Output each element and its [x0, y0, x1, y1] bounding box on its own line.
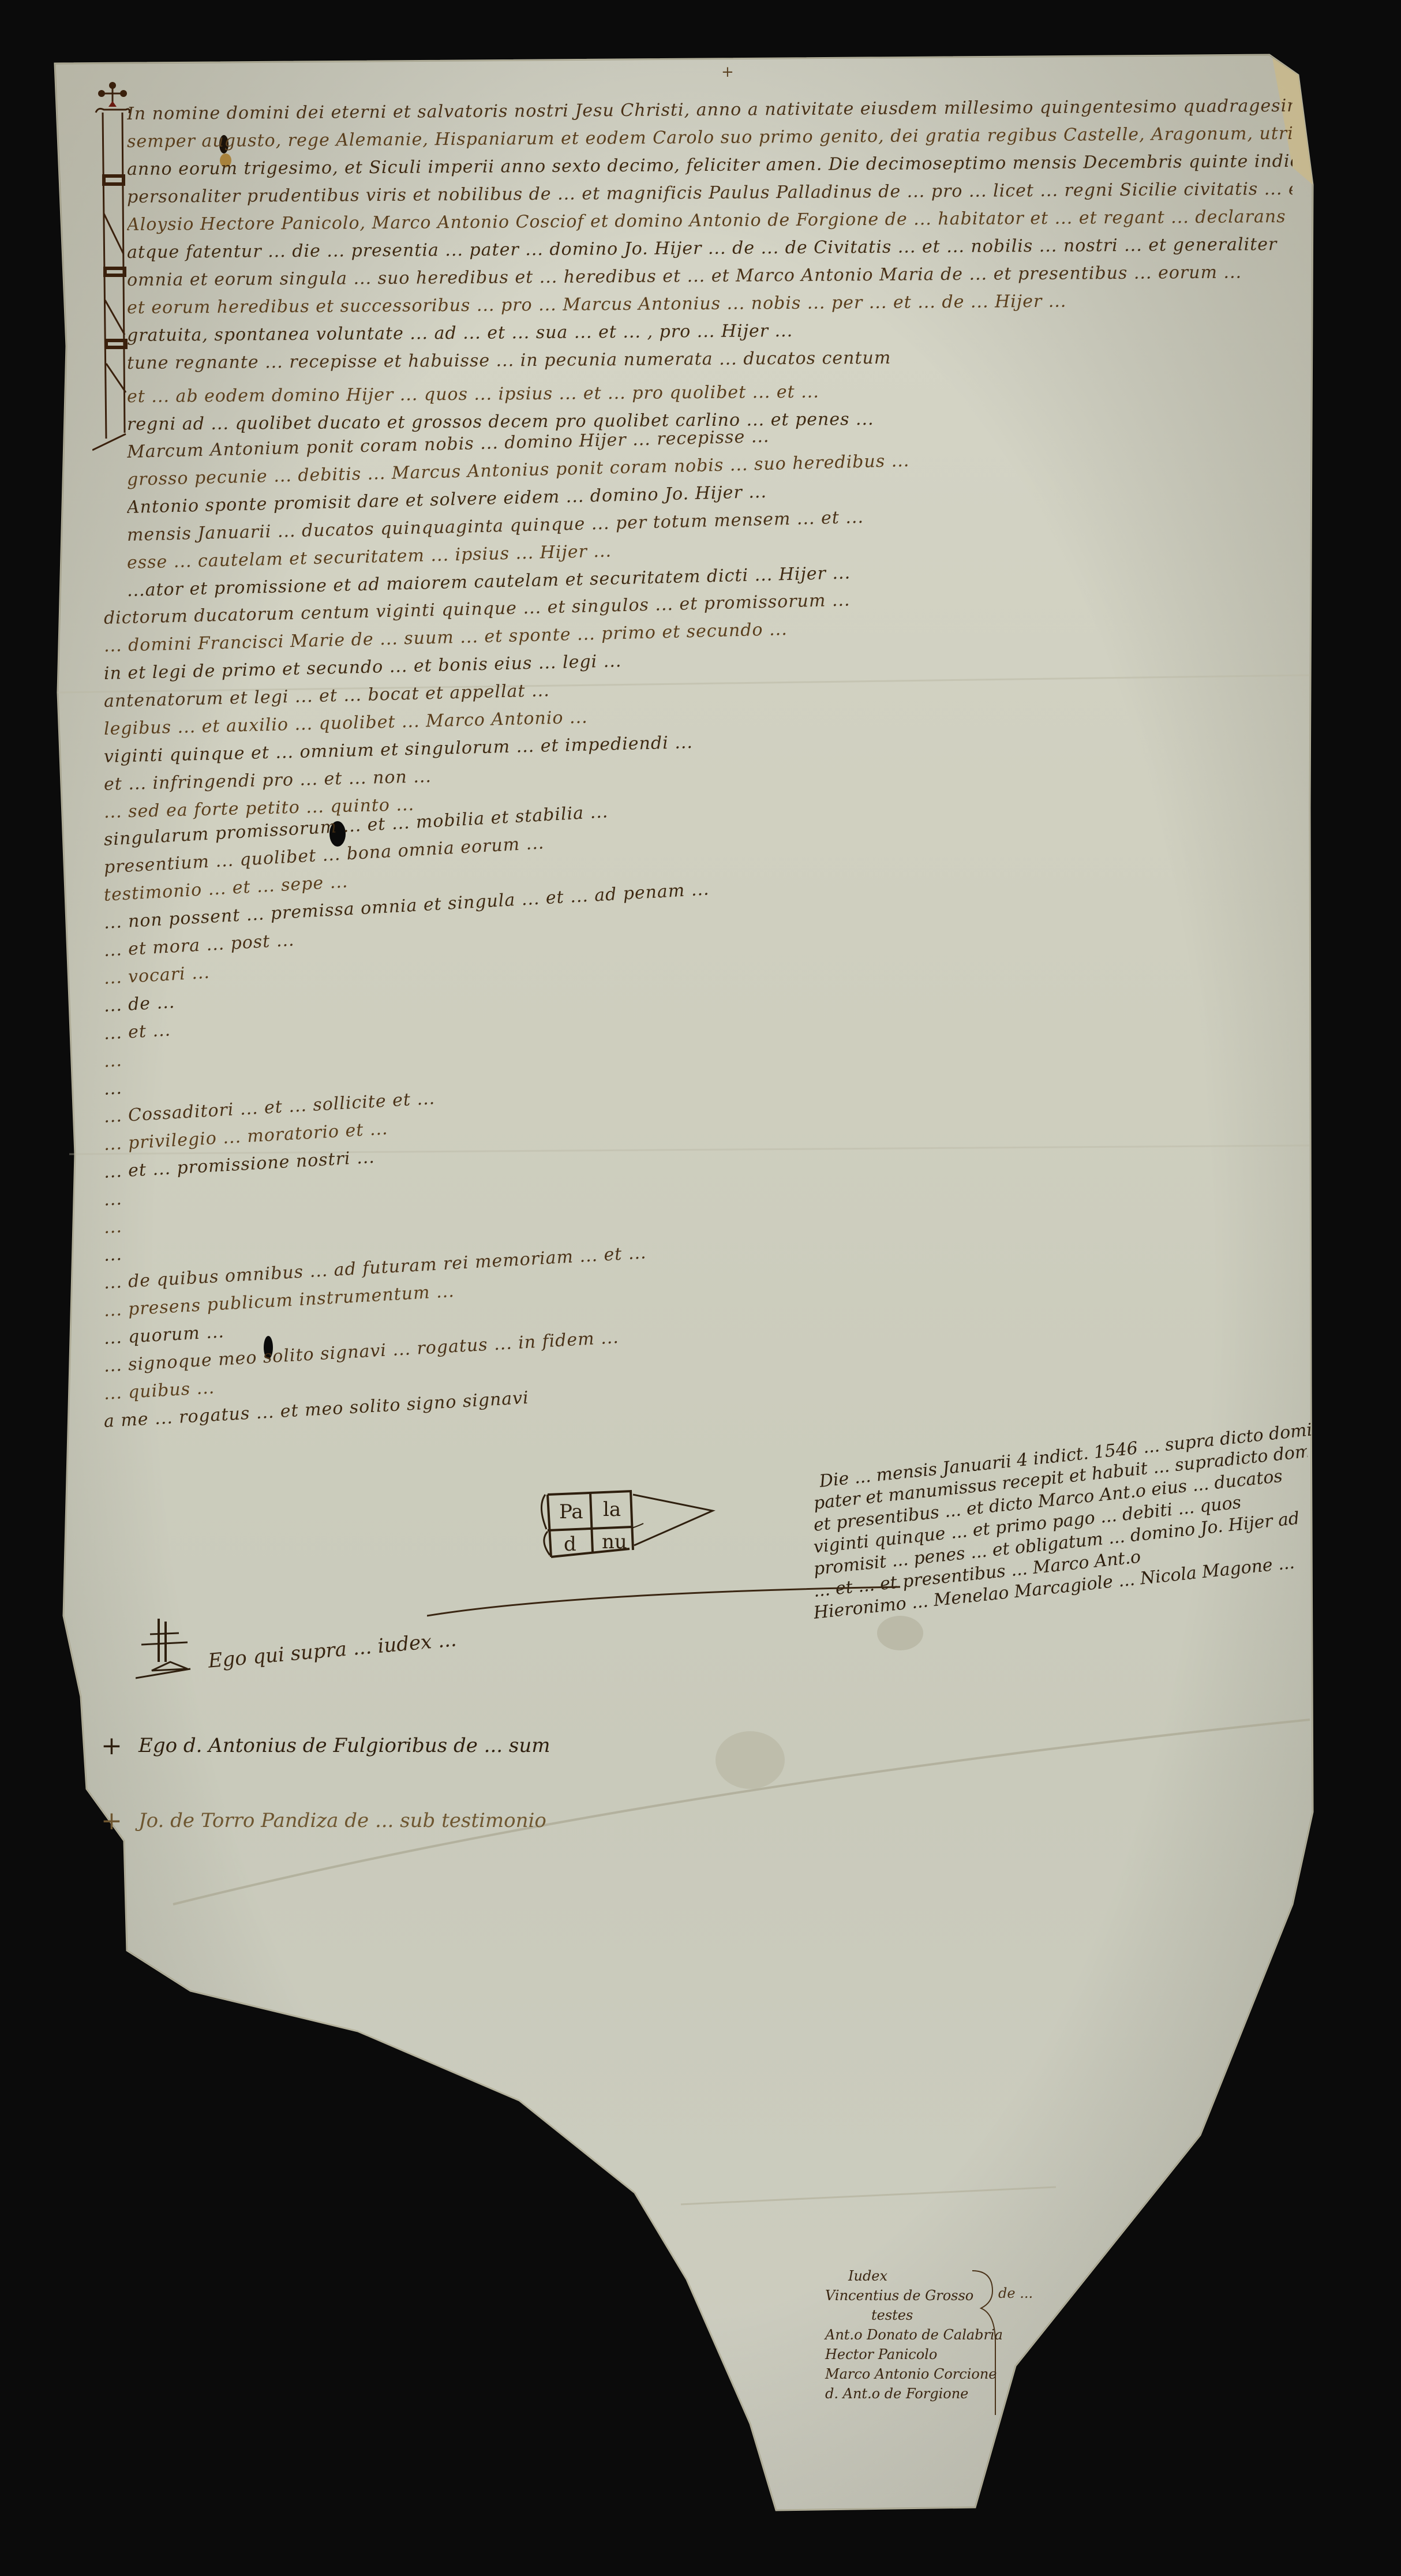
tongue-note-line: Marco Antonio Corcione — [825, 2366, 997, 2382]
tongue-note-line: Iudex — [848, 2268, 887, 2284]
sign-cell-nu: nu — [602, 1530, 627, 1553]
notarial-sign: Pa la d nu — [540, 1477, 736, 1558]
sign-cell-pa: Pa — [559, 1500, 583, 1523]
witness-cross-1: + — [101, 1731, 122, 1761]
sign-cell-la: la — [603, 1498, 621, 1521]
tongue-note-line: Hector Panicolo — [825, 2346, 937, 2362]
signature-witness-2: Jo. de Torro Pandiza de ... sub testimon… — [138, 1809, 546, 1832]
sign-cell-d: d — [564, 1533, 576, 1556]
signature-flourish-icon — [427, 1570, 900, 1622]
witness-cross-2: + — [101, 1806, 122, 1836]
top-cross-mark: + — [721, 63, 734, 81]
tongue-note-line: d. Ant.o de Forgione — [825, 2386, 968, 2402]
document-photo: + In nomine domini dei eterni et salvato… — [0, 0, 1401, 2576]
tongue-note-line: testes — [871, 2307, 913, 2323]
tongue-note-line: Ant.o Donato de Calabria — [825, 2327, 1003, 2343]
tongue-note-line: Vincentius de Grosso — [825, 2287, 973, 2304]
tongue-side-label: de ... — [998, 2285, 1033, 2301]
notary-monogram-icon — [136, 1616, 205, 1679]
signature-witness-1: Ego d. Antonius de Fulgioribus de ... su… — [138, 1734, 550, 1757]
